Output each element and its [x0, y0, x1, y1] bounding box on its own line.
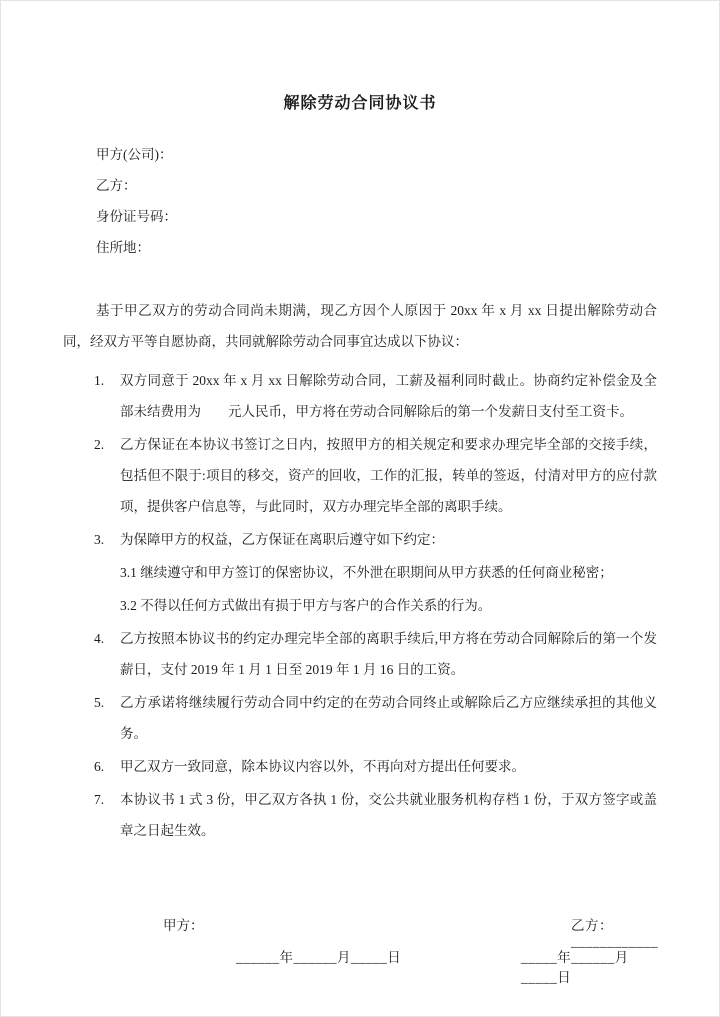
document-content: 解除劳动合同协议书 甲方(公司)： 乙方： 身份证号码： 住所地： 基于甲乙双方…	[0, 0, 720, 1014]
clause-7-number: 7.	[94, 784, 120, 846]
clause-3-sub-1: 3.1 继续遵守和甲方签订的保密协议，不外泄在职期间从甲方获悉的任何商业秘密；	[120, 557, 657, 588]
party-a-date-line: ______年______月_____日	[236, 946, 401, 966]
party-b-signature-line: 乙方：____________	[571, 914, 658, 950]
document-page: 解除劳动合同协议书 甲方(公司)： 乙方： 身份证号码： 住所地： 基于甲乙双方…	[0, 0, 720, 1017]
clause-1-text: 双方同意于 20xx 年 x 月 xx 日解除劳动合同，工薪及福利同时截止。协商…	[120, 365, 657, 427]
field-id-number: 身份证号码：	[96, 201, 657, 232]
clause-5-number: 5.	[94, 687, 120, 749]
clause-6-text: 甲乙双方一致同意，除本协议内容以外，不再向对方提出任何要求。	[120, 751, 657, 782]
clause-7-text: 本协议书 1 式 3 份，甲乙双方各执 1 份，交公共就业服务机构存档 1 份，…	[120, 784, 657, 846]
field-party-a: 甲方(公司)：	[96, 139, 657, 170]
clause-3-sub-2: 3.2 不得以任何方式做出有损于甲方与客户的合作关系的行为。	[120, 590, 657, 621]
clause-3-text: 为保障甲方的权益，乙方保证在离职后遵守如下约定：	[120, 524, 657, 555]
clause-list: 1. 双方同意于 20xx 年 x 月 xx 日解除劳动合同，工薪及福利同时截止…	[63, 365, 657, 846]
clause-3: 3. 为保障甲方的权益，乙方保证在离职后遵守如下约定： 3.1 继续遵守和甲方签…	[94, 524, 657, 621]
clause-2-number: 2.	[94, 429, 120, 522]
party-info-fields: 甲方(公司)： 乙方： 身份证号码： 住所地：	[63, 139, 657, 263]
page-title: 解除劳动合同协议书	[63, 90, 657, 113]
clause-7: 7. 本协议书 1 式 3 份，甲乙双方各执 1 份，交公共就业服务机构存档 1…	[94, 784, 657, 846]
clause-6-number: 6.	[94, 751, 120, 782]
clause-6: 6. 甲乙双方一致同意，除本协议内容以外，不再向对方提出任何要求。	[94, 751, 657, 782]
signature-section: 甲方： 乙方：____________ ______年______月_____日…	[63, 904, 657, 1014]
clause-3-number: 3.	[94, 524, 120, 621]
field-party-b: 乙方：	[96, 170, 657, 201]
clause-1: 1. 双方同意于 20xx 年 x 月 xx 日解除劳动合同，工薪及福利同时截止…	[94, 365, 657, 427]
clause-5: 5. 乙方承诺将继续履行劳动合同中约定的在劳动合同终止或解除后乙方应继续承担的其…	[94, 687, 657, 749]
party-b-date-line: _____年______月_____日	[521, 946, 657, 986]
clause-2-text: 乙方保证在本协议书签订之日内，按照甲方的相关规定和要求办理完毕全部的交接手续，包…	[120, 429, 657, 522]
party-a-signature-label: 甲方：	[163, 914, 204, 934]
clause-2: 2. 乙方保证在本协议书签订之日内，按照甲方的相关规定和要求办理完毕全部的交接手…	[94, 429, 657, 522]
field-address: 住所地：	[96, 232, 657, 263]
clause-5-text: 乙方承诺将继续履行劳动合同中约定的在劳动合同终止或解除后乙方应继续承担的其他义务…	[120, 687, 657, 749]
clause-4: 4. 乙方按照本协议书的约定办理完毕全部的离职手续后,甲方将在劳动合同解除后的第…	[94, 623, 657, 685]
clause-1-number: 1.	[94, 365, 120, 427]
intro-paragraph: 基于甲乙双方的劳动合同尚未期满，现乙方因个人原因于 20xx 年 x 月 xx …	[63, 295, 657, 357]
clause-4-text: 乙方按照本协议书的约定办理完毕全部的离职手续后,甲方将在劳动合同解除后的第一个发…	[120, 623, 657, 685]
clause-4-number: 4.	[94, 623, 120, 685]
